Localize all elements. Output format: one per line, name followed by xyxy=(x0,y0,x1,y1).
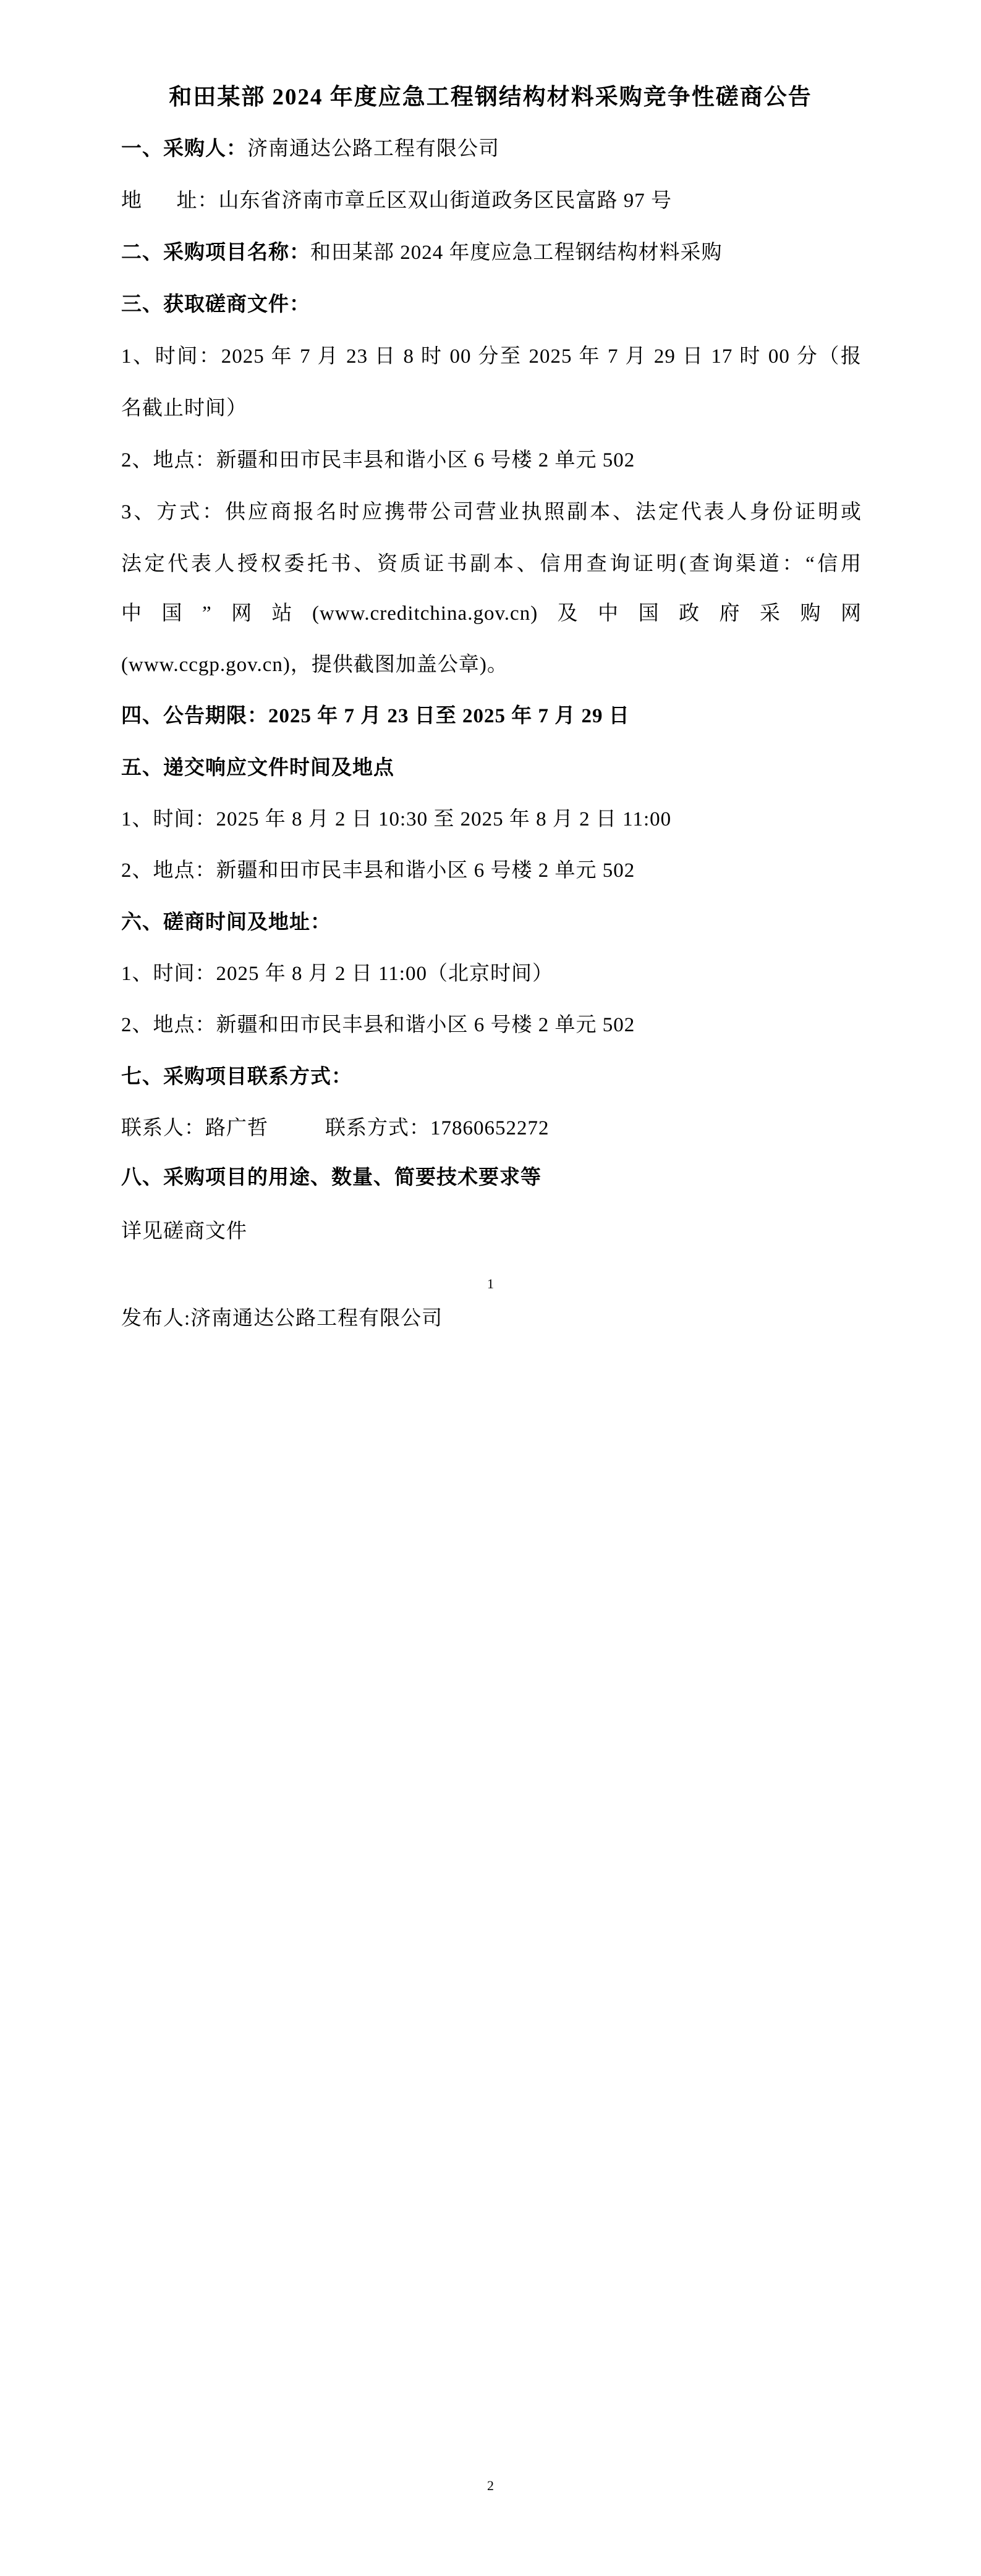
section-value: 2、地点：新疆和田市民丰县和谐小区 6 号楼 2 单元 502 xyxy=(121,859,635,882)
contact-method: 联系方式：17860652272 xyxy=(325,1117,550,1139)
paragraph-submission-header: 五、递交响应文件时间及地点 xyxy=(121,757,862,780)
paragraph-obtain-time: 1、时间：2025 年 7 月 23 日 8 时 00 分至 2025 年 7 … xyxy=(121,345,862,369)
section-value: 3、方式：供应商报名时应携带公司营业执照副本、法定代表人身份证明或 xyxy=(121,501,862,523)
section-value: 2、地点：新疆和田市民丰县和谐小区 6 号楼 2 单元 502 xyxy=(121,1014,635,1036)
section-value: 发布人:济南通达公路工程有限公司 xyxy=(121,1307,443,1330)
section-label: 七、采购项目联系方式： xyxy=(121,1066,352,1088)
section-label: 五、递交响应文件时间及地点 xyxy=(121,757,394,779)
section-label: 一、采购人： xyxy=(121,138,247,160)
paragraph-purchaser: 一、采购人：济南通达公路工程有限公司 xyxy=(121,138,862,161)
document-page: 和田某部 2024 年度应急工程钢结构材料采购竞争性磋商公告 一、采购人：济南通… xyxy=(0,0,981,2576)
contact-person: 联系人：路广哲 xyxy=(121,1117,268,1139)
section-value: 法定代表人授权委托书、资质证书副本、信用查询证明(查询渠道：“信用 xyxy=(121,553,862,575)
section-value: 详见磋商文件 xyxy=(121,1220,247,1243)
section-label: 六、磋商时间及地址： xyxy=(121,911,331,934)
paragraph-obtain-method-wrap2: 中国”网站(www.creditchina.gov.cn)及中国政府采购网 xyxy=(121,602,862,626)
paragraph-obtain-method-wrap1: 法定代表人授权委托书、资质证书副本、信用查询证明(查询渠道：“信用 xyxy=(121,553,862,576)
paragraph-obtain-place: 2、地点：新疆和田市民丰县和谐小区 6 号楼 2 单元 502 xyxy=(121,449,862,473)
paragraph-consultation-place: 2、地点：新疆和田市民丰县和谐小区 6 号楼 2 单元 502 xyxy=(121,1014,862,1037)
paragraph-obtain-method: 3、方式：供应商报名时应携带公司营业执照副本、法定代表人身份证明或 xyxy=(121,501,862,525)
section-value: 和田某部 2024 年度应急工程钢结构材料采购 xyxy=(310,242,723,264)
section-value: 1、时间：2025 年 8 月 2 日 10:30 至 2025 年 8 月 2… xyxy=(121,808,671,830)
section-label: 八、采购项目的用途、数量、简要技术要求等 xyxy=(121,1167,541,1189)
section-label: 二、采购项目名称： xyxy=(121,242,310,264)
paragraph-contact-header: 七、采购项目联系方式： xyxy=(121,1066,862,1089)
section-value: 1、时间：2025 年 8 月 2 日 11:00（北京时间） xyxy=(121,963,553,985)
section-value: 中国”网站(www.creditchina.gov.cn)及中国政府采购网 xyxy=(121,602,862,625)
section-value: 名截止时间） xyxy=(121,397,247,420)
paragraph-project-name: 二、采购项目名称：和田某部 2024 年度应急工程钢结构材料采购 xyxy=(121,242,862,265)
section-value: (www.ccgp.gov.cn)，提供截图加盖公章)。 xyxy=(121,654,508,676)
section-value: 2、地点：新疆和田市民丰县和谐小区 6 号楼 2 单元 502 xyxy=(121,449,635,471)
section-value: 济南通达公路工程有限公司 xyxy=(247,138,499,160)
page-title: 和田某部 2024 年度应急工程钢结构材料采购竞争性磋商公告 xyxy=(0,85,981,111)
paragraph-publisher: 发布人:济南通达公路工程有限公司 xyxy=(121,1307,862,1331)
paragraph-requirements-header: 八、采购项目的用途、数量、简要技术要求等 xyxy=(121,1167,862,1190)
paragraph-obtain-time-wrap: 名截止时间） xyxy=(121,397,862,421)
section-value: 地 址：山东省济南市章丘区双山街道政务区民富路 97 号 xyxy=(121,190,672,212)
section-value: 1、时间：2025 年 7 月 23 日 8 时 00 分至 2025 年 7 … xyxy=(121,345,862,368)
paragraph-consultation-header: 六、磋商时间及地址： xyxy=(121,911,862,935)
paragraph-consultation-time: 1、时间：2025 年 8 月 2 日 11:00（北京时间） xyxy=(121,963,862,986)
paragraph-submission-time: 1、时间：2025 年 8 月 2 日 10:30 至 2025 年 8 月 2… xyxy=(121,808,862,832)
paragraph-see-documents: 详见磋商文件 xyxy=(121,1220,862,1244)
section-label: 四、公告期限：2025 年 7 月 23 日至 2025 年 7 月 29 日 xyxy=(121,705,630,727)
paragraph-obtain-method-wrap3: (www.ccgp.gov.cn)，提供截图加盖公章)。 xyxy=(121,654,862,677)
paragraph-contact-info: 联系人：路广哲联系方式：17860652272 xyxy=(121,1117,862,1141)
page-number-2: 2 xyxy=(0,2479,981,2493)
page-number-1: 1 xyxy=(0,1277,981,1291)
paragraph-obtain-documents-header: 三、获取磋商文件： xyxy=(121,293,862,317)
paragraph-address: 地 址：山东省济南市章丘区双山街道政务区民富路 97 号 xyxy=(121,190,862,213)
paragraph-submission-place: 2、地点：新疆和田市民丰县和谐小区 6 号楼 2 单元 502 xyxy=(121,859,862,883)
section-label: 三、获取磋商文件： xyxy=(121,293,310,316)
paragraph-announcement-period: 四、公告期限：2025 年 7 月 23 日至 2025 年 7 月 29 日 xyxy=(121,705,862,728)
